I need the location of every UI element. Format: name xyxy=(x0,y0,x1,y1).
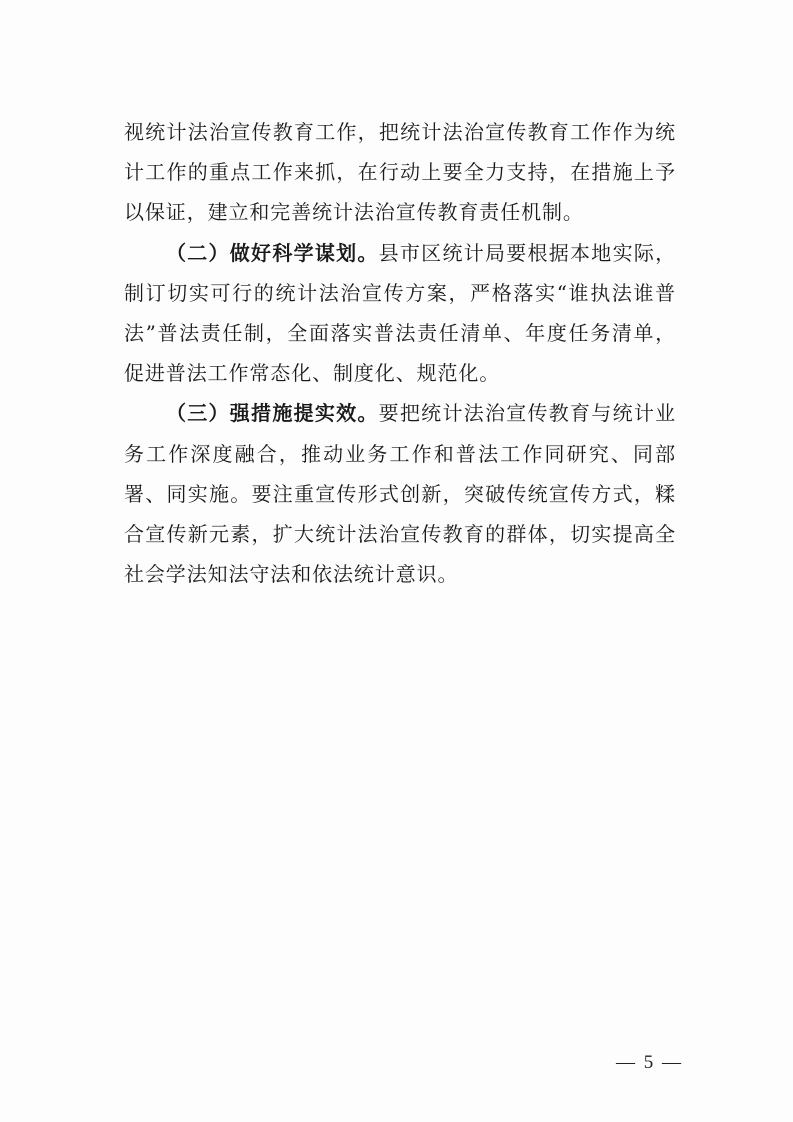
section-heading-3: （三）强措施提实效。 xyxy=(166,401,379,425)
paragraph-continuation: 视统计法治宣传教育工作，把统计法治宣传教育工作作为统计工作的重点工作来抓，在行动… xyxy=(124,112,676,233)
page-number: — 5 — xyxy=(616,1052,683,1074)
paragraph-text: 要把统计法治宣传教育与统计业务工作深度融合，推动业务工作和普法工作同研究、同部署… xyxy=(124,401,676,586)
document-page: 视统计法治宣传教育工作，把统计法治宣传教育工作作为统计工作的重点工作来抓，在行动… xyxy=(0,0,793,1122)
document-body: 视统计法治宣传教育工作，把统计法治宣传教育工作作为统计工作的重点工作来抓，在行动… xyxy=(124,112,676,594)
paragraph-section-3: （三）强措施提实效。要把统计法治宣传教育与统计业务工作深度融合，推动业务工作和普… xyxy=(124,393,676,594)
paragraph-section-2: （二）做好科学谋划。县市区统计局要根据本地实际，制订切实可行的统计法治宣传方案，… xyxy=(124,233,676,394)
paragraph-text: 视统计法治宣传教育工作，把统计法治宣传教育工作作为统计工作的重点工作来抓，在行动… xyxy=(124,120,676,224)
section-heading-2: （二）做好科学谋划。 xyxy=(166,241,379,265)
